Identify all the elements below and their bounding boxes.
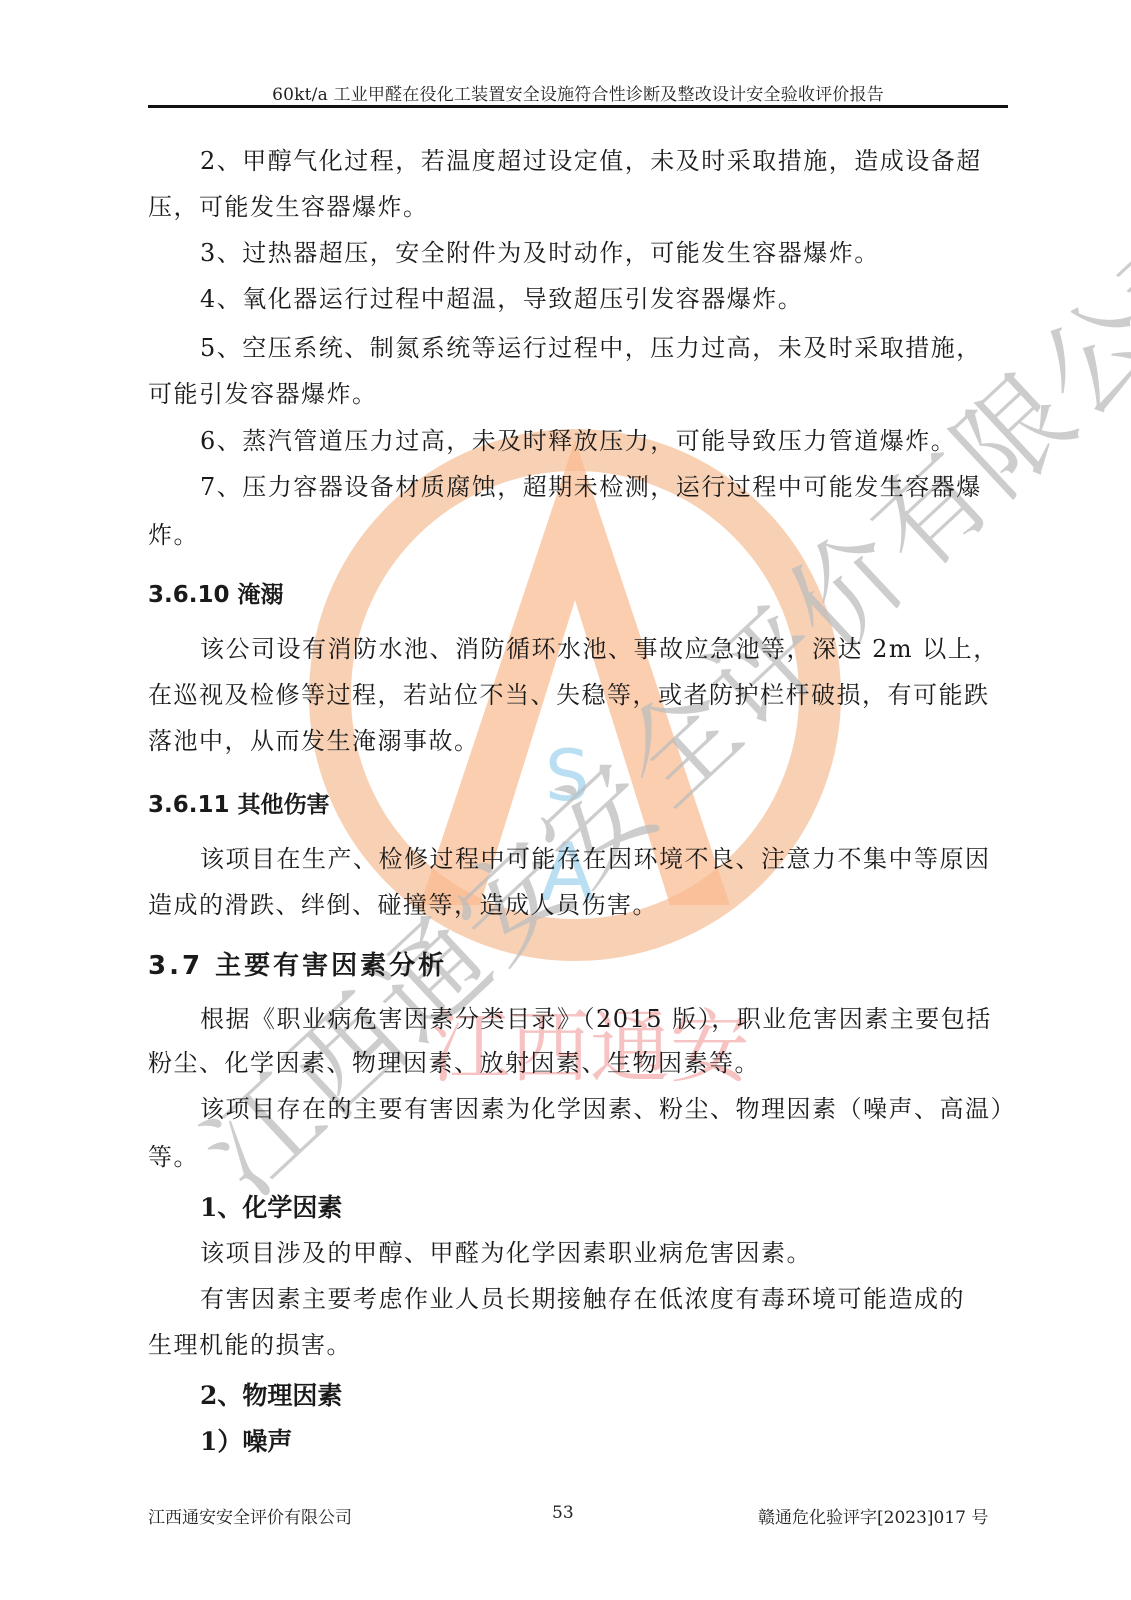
paragraph-line: 该项目存在的主要有害因素为化学因素、粉尘、物理因素（噪声、高温） xyxy=(148,1086,1008,1132)
header-rule xyxy=(148,105,1008,108)
paragraph-line: 根据《职业病危害因素分类目录》（2015 版），职业危害因素主要包括 xyxy=(148,996,1008,1042)
document-page: 60kt/a 工业甲醛在役化工装置安全设施符合性诊断及整改设计安全验收评价报告 … xyxy=(0,0,1131,1600)
section-heading-3-7: 3.7 主要有害因素分析 xyxy=(148,945,447,982)
paragraph-line: 该项目涉及的甲醇、甲醛为化学因素职业病危害因素。 xyxy=(148,1230,1008,1276)
paragraph-line: 该项目在生产、检修过程中可能存在因环境不良、注意力不集中等原因 xyxy=(148,836,1008,882)
paragraph-line: 落池中，从而发生淹溺事故。 xyxy=(148,718,1008,764)
footer-company: 江西通安安全评价有限公司 xyxy=(148,1503,352,1528)
paragraph-line: 压，可能发生容器爆炸。 xyxy=(148,184,1008,230)
paragraph-line: 有害因素主要考虑作业人员长期接触存在低浓度有毒环境可能造成的 xyxy=(148,1276,1008,1322)
paragraph-line: 造成的滑跌、绊倒、碰撞等，造成人员伤害。 xyxy=(148,882,1008,928)
footer-doc-number: 赣通危化验评字[2023]017 号 xyxy=(758,1503,988,1528)
paragraph-line: 4、氧化器运行过程中超温，导致超压引发容器爆炸。 xyxy=(148,276,1008,322)
header-title: 60kt/a 工业甲醛在役化工装置安全设施符合性诊断及整改设计安全验收评价报告 xyxy=(148,80,1008,105)
paragraph-line: 等。 xyxy=(148,1134,1008,1180)
subsection-heading-noise: 1）噪声 xyxy=(200,1422,292,1458)
section-heading-3-6-10: 3.6.10 淹溺 xyxy=(148,576,284,609)
paragraph-line: 在巡视及检修等过程，若站位不当、失稳等，或者防护栏杆破损，有可能跌 xyxy=(148,672,1008,718)
paragraph-line: 5、空压系统、制氮系统等运行过程中，压力过高，未及时采取措施， xyxy=(148,325,1008,371)
paragraph-line: 粉尘、化学因素、物理因素、放射因素、生物因素等。 xyxy=(148,1040,1008,1086)
footer-page-number: 53 xyxy=(552,1503,574,1523)
paragraph-line: 6、蒸汽管道压力过高，未及时释放压力，可能导致压力管道爆炸。 xyxy=(148,418,1008,464)
section-heading-3-6-11: 3.6.11 其他伤害 xyxy=(148,786,330,819)
paragraph-line: 3、过热器超压，安全附件为及时动作，可能发生容器爆炸。 xyxy=(148,230,1008,276)
paragraph-line: 炸。 xyxy=(148,512,1008,558)
paragraph-line: 2、甲醇气化过程，若温度超过设定值，未及时采取措施，造成设备超 xyxy=(148,138,1008,184)
paragraph-line: 生理机能的损害。 xyxy=(148,1322,1008,1368)
paragraph-line: 该公司设有消防水池、消防循环水池、事故应急池等，深达 2m 以上， xyxy=(148,626,1008,672)
subsection-heading-chemical: 1、化学因素 xyxy=(200,1188,342,1224)
paragraph-line: 可能引发容器爆炸。 xyxy=(148,371,1008,417)
paragraph-line: 7、压力容器设备材质腐蚀，超期未检测，运行过程中可能发生容器爆 xyxy=(148,464,1008,510)
subsection-heading-physical: 2、物理因素 xyxy=(200,1376,342,1412)
